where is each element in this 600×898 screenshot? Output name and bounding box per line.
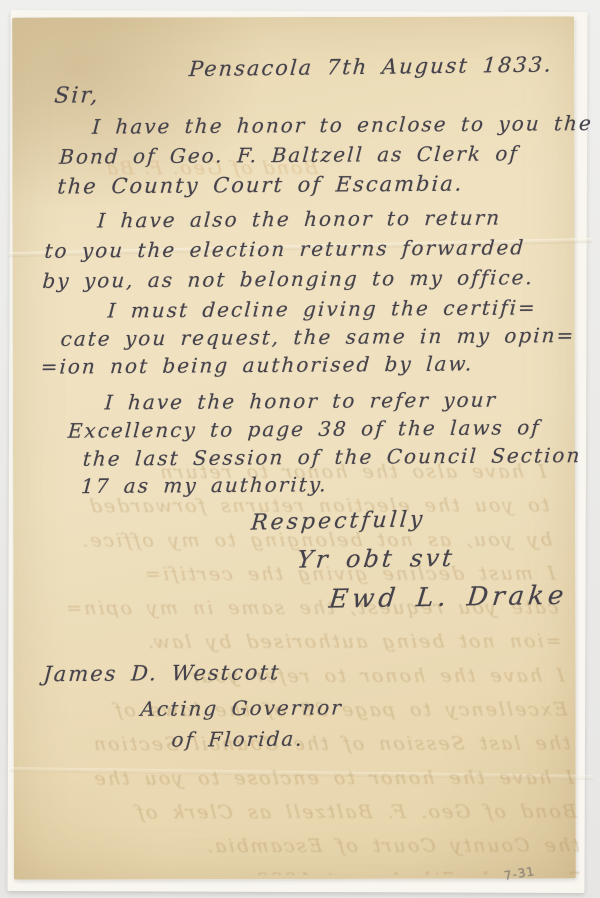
dateline: Pensacola 7th August 1833. <box>188 53 554 82</box>
salutation: Sir, <box>53 83 100 108</box>
scanned-document-background: I have also the honor to return to you t… <box>0 0 600 898</box>
recipient-name: James D. Westcott <box>43 660 282 686</box>
recipient-title: Acting Governor <box>140 695 344 720</box>
body-line: the County Court of Escambia. <box>57 172 465 199</box>
body-line: to you the election returns forwarded <box>44 235 526 263</box>
body-line: I have the honor to enclose to you the <box>91 111 593 139</box>
body-line: the last Session of the Council Section <box>82 443 582 471</box>
body-line: I must decline giving the certifi= <box>107 295 538 322</box>
body-line: =ion not being authorised by law. <box>40 351 474 378</box>
letter-text-layer: Pensacola 7th August 1833. Sir, I have t… <box>12 16 576 879</box>
body-line: cate you request, the same in my opin= <box>60 323 576 351</box>
body-line: I have the honor to refer your <box>104 388 498 415</box>
recipient-place: of Florida. <box>171 727 305 752</box>
closing-your-obedient-servant: Yr obt svt <box>296 544 457 574</box>
closing-respectfully: Respectfully <box>250 507 426 535</box>
body-line: 17 as my authority. <box>80 472 328 498</box>
body-line: Bond of Geo. F. Baltzell as Clerk of <box>59 141 520 168</box>
body-line: Excellency to page 38 of the laws of <box>67 415 541 442</box>
body-line: by you, as not belonging to my office. <box>42 265 535 293</box>
body-line: I have also the honor to return <box>97 206 502 233</box>
signature: Ewd L. Drake <box>328 581 569 615</box>
letter-page: I have also the honor to return to you t… <box>12 16 576 879</box>
